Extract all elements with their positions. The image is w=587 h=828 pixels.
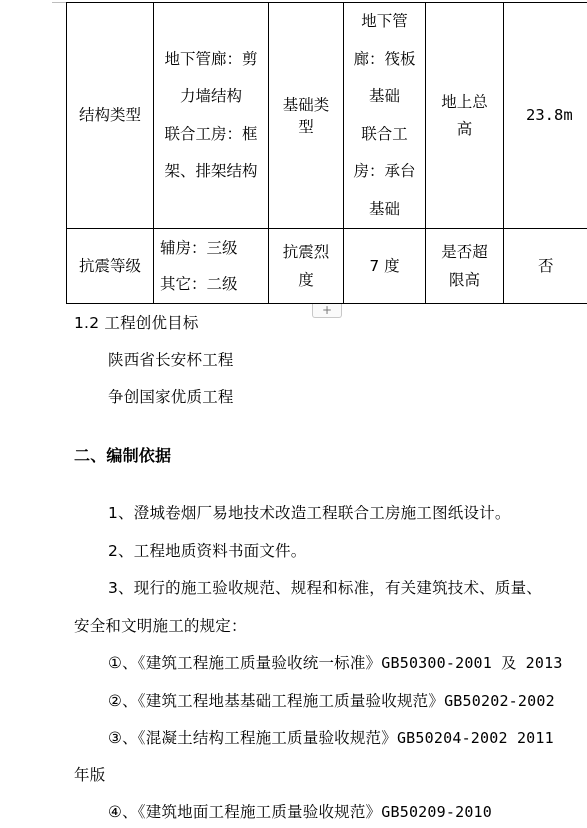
seismic-grade-label: 抗震等级 <box>67 229 154 304</box>
section-2-heading: 二、编制依据 <box>74 443 171 466</box>
basis-paragraph: 3、现行的施工验收规范、规程和标准，有关建筑技术、质量、 <box>108 576 542 598</box>
add-table-row-button[interactable]: + <box>312 304 342 318</box>
text-line: 地上总 <box>430 89 499 116</box>
table-row-seismic: 抗震等级 辅房：三级 其它：二级 抗震烈 度 7 度 是否超 限高 否 <box>67 229 587 304</box>
text-line: 架、排架结构 <box>158 153 264 191</box>
text-line: 抗震烈 <box>273 238 339 266</box>
standard-item: ③、《混凝土结构工程施工质量验收规范》GB50204-2002 2011 <box>108 726 554 748</box>
text-line: 房：承台 <box>348 153 421 191</box>
text-line: 基础 <box>348 191 421 229</box>
standard-title: ③、《混凝土结构工程施工质量验收规范》 <box>108 729 397 747</box>
structure-type-label: 结构类型 <box>67 3 154 229</box>
standard-item: ④、《建筑地面工程施工质量验收规范》GB50209-2010 <box>108 800 492 822</box>
text-line: 型 <box>273 116 339 138</box>
text-line: 地下管廊：剪 <box>158 41 264 79</box>
basis-paragraph-continued: 安全和文明施工的规定： <box>74 614 247 636</box>
text-line: 基础类 <box>273 94 339 116</box>
foundation-type-label: 基础类 型 <box>269 3 344 229</box>
standard-title: ④、《建筑地面工程施工质量验收规范》 <box>108 803 381 821</box>
goal-item: 争创国家优质工程 <box>108 385 234 407</box>
standard-code: GB50300-2001 及 2013 <box>381 654 562 672</box>
standard-title: ②、《建筑工程地基基础工程施工质量验收规范》 <box>108 692 444 710</box>
text-line: 廊：筏板 <box>348 41 421 79</box>
basis-paragraph: 2、工程地质资料书面文件。 <box>108 539 306 561</box>
standard-code: GB50202-2002 <box>444 692 555 710</box>
basis-paragraph: 1、澄城卷烟厂易地技术改造工程联合工房施工图纸设计。 <box>108 501 511 523</box>
seismic-intensity-value: 7 度 <box>344 229 426 304</box>
standard-code: GB50209-2010 <box>381 803 492 821</box>
over-height-value: 否 <box>504 229 587 304</box>
text-line: 地下管 <box>348 3 421 41</box>
seismic-grade-value: 辅房：三级 其它：二级 <box>154 229 269 304</box>
foundation-type-value: 地下管 廊：筏板 基础 联合工 房：承台 基础 <box>344 3 426 229</box>
seismic-intensity-label: 抗震烈 度 <box>269 229 344 304</box>
text-line: 基础 <box>348 78 421 116</box>
text-line: 是否超 <box>430 238 499 266</box>
text-line: 度 <box>273 266 339 294</box>
over-height-label: 是否超 限高 <box>426 229 504 304</box>
height-value: 23.8m <box>504 3 587 229</box>
text-line: 联合工 <box>348 116 421 154</box>
structure-type-value: 地下管廊：剪 力墙结构 联合工房：框 架、排架结构 <box>154 3 269 229</box>
standard-code: GB50204-2002 2011 <box>397 729 554 747</box>
standard-item-continued: 年版 <box>74 763 105 785</box>
text-line: 力墙结构 <box>158 78 264 116</box>
text-line: 高 <box>430 116 499 143</box>
text-line: 辅房：三级 <box>160 230 264 266</box>
project-info-table: 结构类型 地下管廊：剪 力墙结构 联合工房：框 架、排架结构 基础类 型 地下管… <box>66 2 587 304</box>
standard-item: ①、《建筑工程施工质量验收统一标准》GB50300-2001 及 2013 <box>108 651 563 673</box>
table-row-structure: 结构类型 地下管廊：剪 力墙结构 联合工房：框 架、排架结构 基础类 型 地下管… <box>67 3 587 229</box>
goal-item: 陕西省长安杯工程 <box>108 348 234 370</box>
standard-item: ②、《建筑工程地基基础工程施工质量验收规范》GB50202-2002 <box>108 689 555 711</box>
text-line: 限高 <box>430 266 499 294</box>
section-1-2-title: 1.2 工程创优目标 <box>74 311 199 333</box>
text-line: 联合工房：框 <box>158 116 264 154</box>
text-line: 其它：二级 <box>160 266 264 302</box>
height-label: 地上总 高 <box>426 3 504 229</box>
standard-title: ①、《建筑工程施工质量验收统一标准》 <box>108 654 381 672</box>
